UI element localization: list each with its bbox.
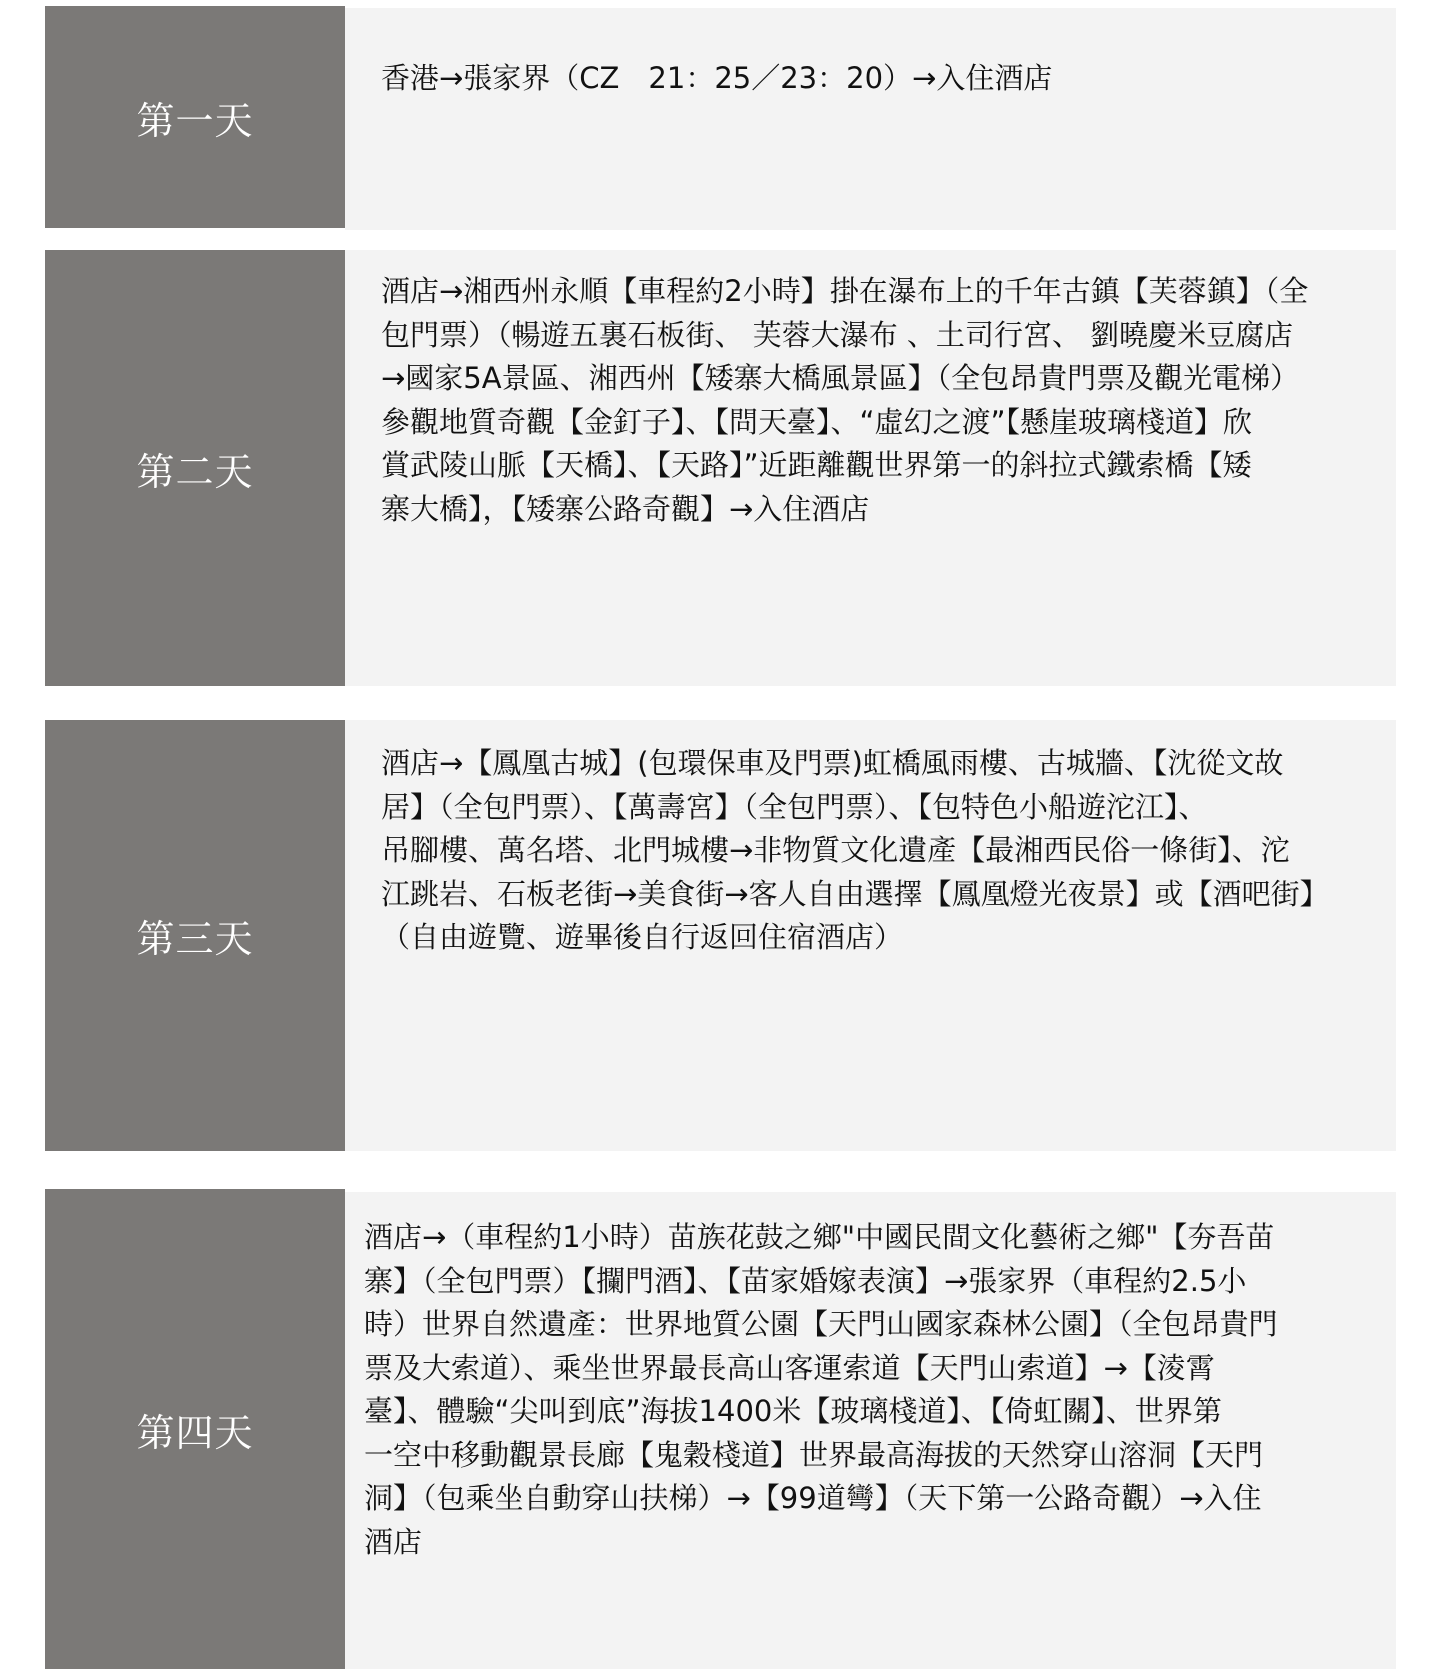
day-label: 第四天 (45, 1189, 345, 1669)
day-description-panel: 酒店→【鳳凰古城】(包環保車及門票)虹橋風雨樓、古城牆、【沈從文故 居】（全包門… (345, 720, 1396, 1151)
day-description: 酒店→【鳳凰古城】(包環保車及門票)虹橋風雨樓、古城牆、【沈從文故 居】（全包門… (381, 742, 1386, 960)
day-description: 酒店→湘西州永順【車程約2小時】掛在瀑布上的千年古鎮【芙蓉鎮】（全 包門票）（暢… (381, 270, 1390, 531)
day-description-panel: 酒店→湘西州永順【車程約2小時】掛在瀑布上的千年古鎮【芙蓉鎮】（全 包門票）（暢… (345, 250, 1396, 686)
day-label: 第二天 (45, 250, 345, 686)
day-row-1: 第一天 香港→張家界（CZ 21：25／23：20）→入住酒店 (45, 6, 1396, 230)
day-description: 酒店→（車程約1小時）苗族花鼓之鄉"中國民間文化藝術之鄉"【夯吾苗 寨】（全包門… (364, 1216, 1374, 1564)
day-label: 第一天 (45, 6, 345, 228)
day-label: 第三天 (45, 720, 345, 1151)
day-row-2: 第二天 酒店→湘西州永順【車程約2小時】掛在瀑布上的千年古鎮【芙蓉鎮】（全 包門… (45, 250, 1396, 686)
day-description-panel: 酒店→（車程約1小時）苗族花鼓之鄉"中國民間文化藝術之鄉"【夯吾苗 寨】（全包門… (345, 1192, 1396, 1669)
day-description: 香港→張家界（CZ 21：25／23：20）→入住酒店 (381, 57, 1386, 101)
day-row-3: 第三天 酒店→【鳳凰古城】(包環保車及門票)虹橋風雨樓、古城牆、【沈從文故 居】… (45, 720, 1396, 1151)
day-row-4: 第四天 酒店→（車程約1小時）苗族花鼓之鄉"中國民間文化藝術之鄉"【夯吾苗 寨】… (45, 1189, 1396, 1669)
day-description-panel: 香港→張家界（CZ 21：25／23：20）→入住酒店 (345, 8, 1396, 230)
